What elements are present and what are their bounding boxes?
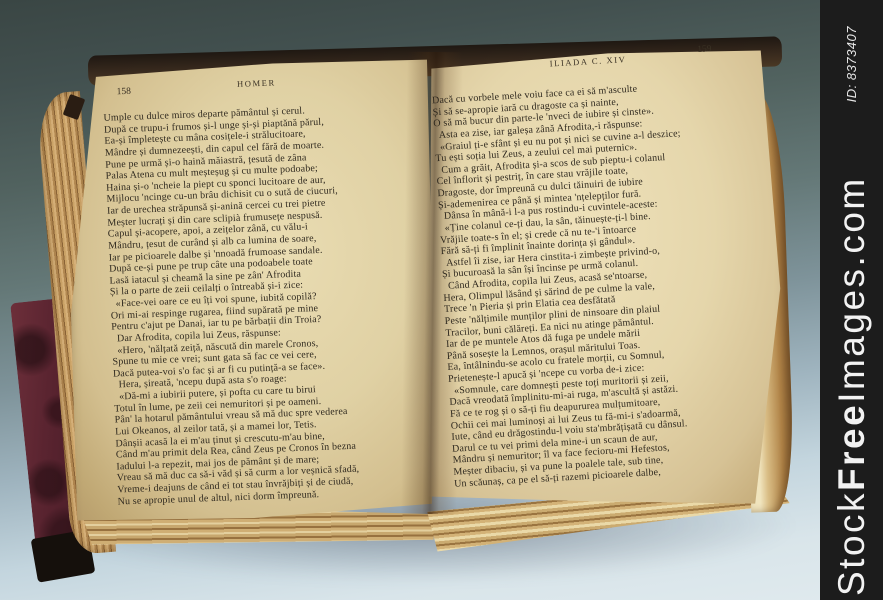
left-page-text: 158 HOMER Umple cu dulce miros departe p… [94,72,433,508]
watermark-rotated-text: StockFreeImages.com ID: 8373407 [820,0,883,600]
watermark-image-id: ID: 8373407 [844,26,859,102]
right-page-text: ILIADA C. XIV 159 Dacă cu vorbele mele v… [426,47,774,490]
stock-photo-open-book: 158 HOMER Umple cu dulce miros departe p… [0,0,883,600]
right-page-poem: Dacă cu vorbele mele voiu face ca ei să … [428,77,774,490]
watermark-site-prefix: Stock [831,491,872,596]
watermark-site-name: StockFreeImages.com [831,176,873,596]
right-page-number: 159 [697,44,712,55]
watermark-site-suffix: Images.com [831,176,872,403]
watermark-site-bold: Free [831,403,872,491]
left-page-poem: Umple cu dulce miros departe pământul și… [95,101,433,508]
